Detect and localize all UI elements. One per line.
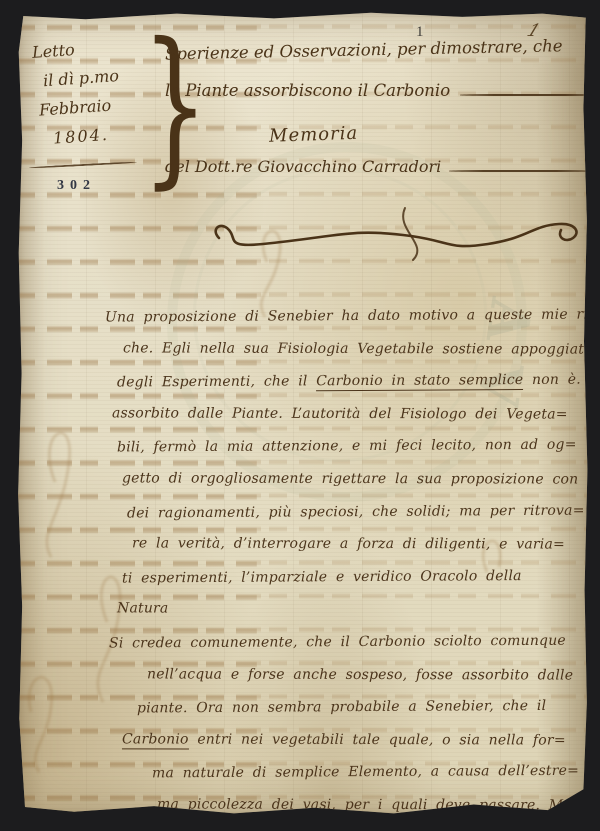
manuscript-line: Una proposizione di Senebier ha dato mot… [105,298,600,334]
manuscript-line: ti esperimenti, l’imparziale e veridico … [122,559,600,595]
title-line-2: le Piante assorbiscono il Carbonio [165,81,600,100]
page-content: 1 1 Letto il dì p.mo Febbraio 1804. } 30… [17,12,588,815]
manuscript-line: getto di orgogliosamente rigettare la su… [122,462,600,496]
line-segment: non è. [523,372,581,388]
manuscript-line: ma naturale di semplice Elemento, a caus… [152,755,600,790]
manuscript-line: dei ragionamenti, più speciosi, che soli… [127,494,600,530]
manuscript-line: nell’acqua e forse anche sospeso, fosse … [147,658,600,692]
author-rule [449,170,590,172]
memoria-heading: Memoria [269,114,600,147]
manuscript-body: Una proposizione di Senebier ha dato mot… [105,300,600,822]
archive-number-stamp: 302 [57,178,96,194]
margin-note-underline [29,161,137,169]
manuscript-line: re la verità, d’interrogare a forza di d… [132,528,600,562]
title-block: Sperienze ed Osservazioni, per dimostrar… [165,40,600,176]
line-segment: entri nei vegetabili tale quale, o sia n… [189,731,566,748]
author-rule-curl: ɔ [593,156,600,174]
manuscript-line: che. Egli nella sua Fisiologia Vegetabil… [123,332,600,366]
manuscript-line: Carbonio entri nei vegetabili tale quale… [122,723,600,757]
manuscript-page: AV 1 1 Letto il dì p.mo Febbraio 1804. }… [17,12,588,815]
manuscript-line: assorbito dalle Piante. L’autorità del F… [112,397,600,431]
manuscript-photo: AV 1 1 Letto il dì p.mo Febbraio 1804. }… [0,0,600,831]
flourish [205,204,600,264]
manuscript-line: Natura [117,593,600,627]
title-line-2-text: le Piante assorbiscono il Carbonio [165,81,450,100]
manuscript-line: degli Esperimenti, che il Carbonio in st… [117,364,600,400]
author-name: del Dott.re Giovacchino Carradori [165,157,441,176]
title-rule [460,94,599,96]
manuscript-line: piante. Ora non sembra probabile a Seneb… [137,690,600,725]
line-segment: degli Esperimenti, che il [117,373,316,390]
margin-reading-note: Letto il dì p.mo Febbraio 1804. [31,30,149,153]
underlined-phrase: Carbonio [122,731,189,749]
author-line: del Dott.re Giovacchino Carradori ɔ [165,157,600,176]
manuscript-line: ma piccolezza dei vasi, per i quali deve… [157,788,600,822]
manuscript-line: Si credea comunemente, che il Carbonio s… [109,624,600,660]
underlined-phrase: Carbonio in stato semplice [316,372,523,391]
manuscript-line: bili, fermò la mia attenzione, e mi feci… [117,429,600,465]
title-line-1: Sperienze ed Osservazioni, per dimostrar… [165,35,600,63]
margin-note-line: 1804. [52,117,149,153]
